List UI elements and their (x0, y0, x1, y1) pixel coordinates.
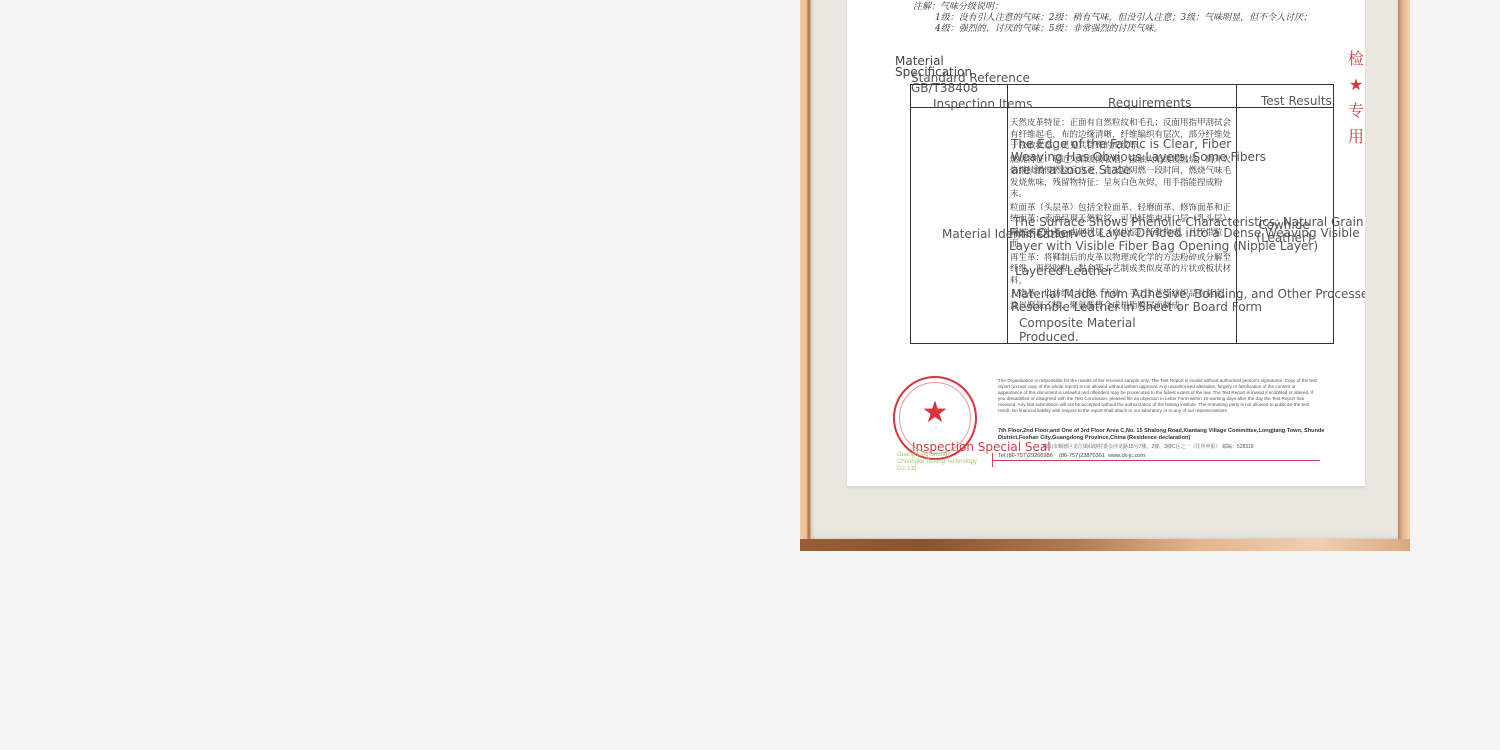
note-title: 注解：气味分级说明： (913, 2, 1003, 12)
frame-left-edge (800, 0, 811, 551)
red-divider (992, 460, 1320, 461)
requirement-en-6: Material Made from Adhesive, Bonding, an… (1011, 288, 1365, 314)
inspection-special-seal-label: Inspection Special Seal (912, 440, 1051, 454)
header-inspection-items: Inspection Items (933, 98, 1032, 111)
requirement-en-1: The Edge of the Fabric is Clear, Fiber W… (1011, 138, 1281, 177)
seal-company-en: Guangdong Shunde Chuangke Testing Techno… (897, 452, 977, 473)
side-red-stamp: 检 ★ 专 用 (1347, 46, 1365, 150)
requirement-en-7: Composite Material (1019, 317, 1136, 330)
seal-star-icon: ★ (895, 398, 975, 428)
side-stamp-star-icon: ★ (1347, 72, 1365, 98)
side-stamp-char: 专 (1347, 98, 1365, 124)
address-cn-text: 佛山市顺德区龙江镇仙塘村委会沙龙路15号7楼、2楼、3楼C区之一（住所申报） 邮… (1043, 443, 1254, 450)
certificate-document: 注解：气味分级说明： 1级：没有引人注意的气味；2级：稍有气味，但没引人注意；3… (847, 0, 1365, 486)
note-line-2: 4级：强烈的、讨厌的气味；5级：非常强烈的讨厌气味。 (913, 24, 1312, 35)
test-result-value: Cowhide (Leather) (1249, 219, 1319, 245)
frame-bottom-edge (800, 539, 1410, 551)
header-requirements: Requirements (1108, 97, 1191, 110)
frame-right-edge (1398, 0, 1410, 551)
picture-frame: 注解：气味分级说明： 1级：没有引人注意的气味；2级：稍有气味，但没引人注意；3… (800, 0, 1410, 551)
note-line-1: 1级：没有引人注意的气味；2级：稍有气味，但没引人注意；3级：气味明显，但不令人… (913, 13, 1312, 24)
requirement-en-5: Layered Leather (1015, 265, 1113, 278)
frame-mat: 注解：气味分级说明： 1级：没有引人注意的气味；2级：稍有气味，但没引人注意；3… (811, 0, 1398, 539)
requirement-en-8: Produced. (1019, 331, 1079, 344)
side-stamp-char: 检 (1347, 46, 1365, 72)
address-text: 7th Floor,2nd Floor,and One of 3rd Floor… (998, 428, 1328, 442)
odor-grade-note: 注解：气味分级说明： 1级：没有引人注意的气味；2级：稍有气味，但没引人注意；3… (913, 2, 1312, 35)
side-stamp-char: 用 (1347, 124, 1365, 150)
contact-text: Tel:(86-757)29266986 (86-757)23870361 ww… (998, 453, 1145, 459)
header-test-results: Test Results (1261, 95, 1332, 108)
red-tick (992, 453, 993, 467)
disclaimer-text: The Organisation is responsible for the … (998, 378, 1320, 413)
